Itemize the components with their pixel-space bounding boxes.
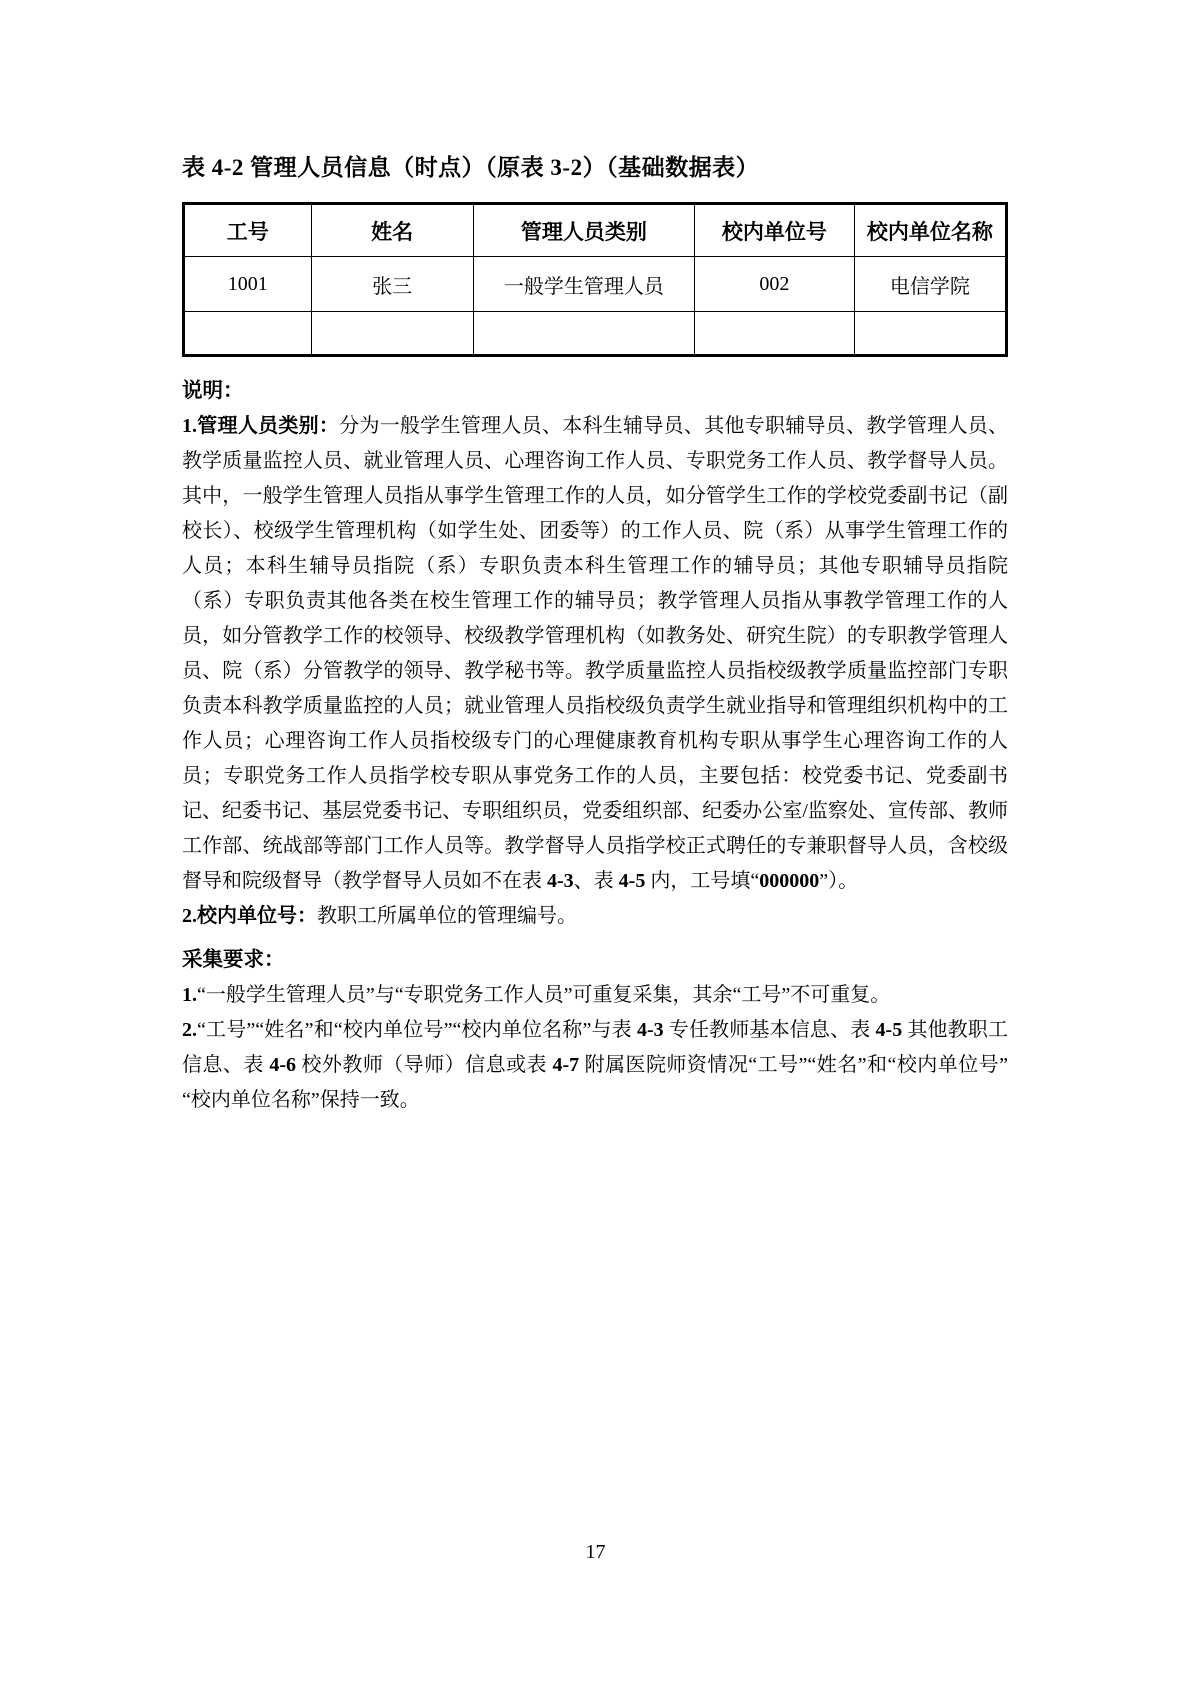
- notes-heading: 说明：: [182, 374, 1008, 409]
- requirement-item-text: “一般学生管理人员”与“专职党务工作人员”可重复采集，其余“工号”不可重复。: [197, 984, 890, 1006]
- requirement-item-text: “工号”“姓名”和“校内单位号”“校内单位名称”与表 4-3 专任教师基本信息、…: [182, 1019, 1008, 1111]
- document-page: 表 4-2 管理人员信息（时点）（原表 3-2）（基础数据表） 工号 姓名 管理…: [0, 0, 1191, 1684]
- note-item-label: 1.管理人员类别：: [182, 415, 339, 437]
- note-item-label: 2.校内单位号：: [182, 905, 317, 927]
- table-header-cell: 工号: [184, 204, 312, 257]
- table-row: 1001 张三 一般学生管理人员 002 电信学院: [184, 257, 1007, 312]
- table-cell: [854, 312, 1006, 356]
- note-item-text: 教职工所属单位的管理编号。: [317, 905, 577, 927]
- table-cell: 1001: [184, 257, 312, 312]
- table-cell: [473, 312, 694, 356]
- page-title: 表 4-2 管理人员信息（时点）（原表 3-2）（基础数据表）: [182, 0, 1008, 183]
- table-header-cell: 姓名: [311, 204, 473, 257]
- table-cell: 张三: [311, 257, 473, 312]
- table-cell: 电信学院: [854, 257, 1006, 312]
- notes-section: 说明： 1.管理人员类别：分为一般学生管理人员、本科生辅导员、其他专职辅导员、教…: [182, 374, 1008, 934]
- requirements-heading: 采集要求：: [182, 943, 1008, 978]
- table-row: [184, 312, 1007, 356]
- page-number: 17: [0, 1540, 1191, 1564]
- table-header-cell: 管理人员类别: [473, 204, 694, 257]
- table-header-cell: 校内单位名称: [854, 204, 1006, 257]
- page-content: 表 4-2 管理人员信息（时点）（原表 3-2）（基础数据表） 工号 姓名 管理…: [182, 0, 1008, 1118]
- requirement-item-label: 1.: [182, 984, 197, 1006]
- table-cell: [311, 312, 473, 356]
- table-cell: [695, 312, 855, 356]
- table-cell: 一般学生管理人员: [473, 257, 694, 312]
- table-header-row: 工号 姓名 管理人员类别 校内单位号 校内单位名称: [184, 204, 1007, 257]
- requirements-section: 采集要求： 1.“一般学生管理人员”与“专职党务工作人员”可重复采集，其余“工号…: [182, 943, 1008, 1118]
- requirement-item: 2.“工号”“姓名”和“校内单位号”“校内单位名称”与表 4-3 专任教师基本信…: [182, 1013, 1008, 1118]
- note-item-text: 分为一般学生管理人员、本科生辅导员、其他专职辅导员、教学管理人员、教学质量监控人…: [182, 415, 1008, 892]
- table-cell: 002: [695, 257, 855, 312]
- admin-staff-table: 工号 姓名 管理人员类别 校内单位号 校内单位名称 1001 张三 一般学生管理…: [182, 202, 1008, 357]
- table-cell: [184, 312, 312, 356]
- requirement-item-label: 2.: [182, 1019, 197, 1041]
- note-item: 2.校内单位号：教职工所属单位的管理编号。: [182, 899, 1008, 934]
- note-item: 1.管理人员类别：分为一般学生管理人员、本科生辅导员、其他专职辅导员、教学管理人…: [182, 409, 1008, 899]
- table-header-cell: 校内单位号: [695, 204, 855, 257]
- requirement-item: 1.“一般学生管理人员”与“专职党务工作人员”可重复采集，其余“工号”不可重复。: [182, 978, 1008, 1013]
